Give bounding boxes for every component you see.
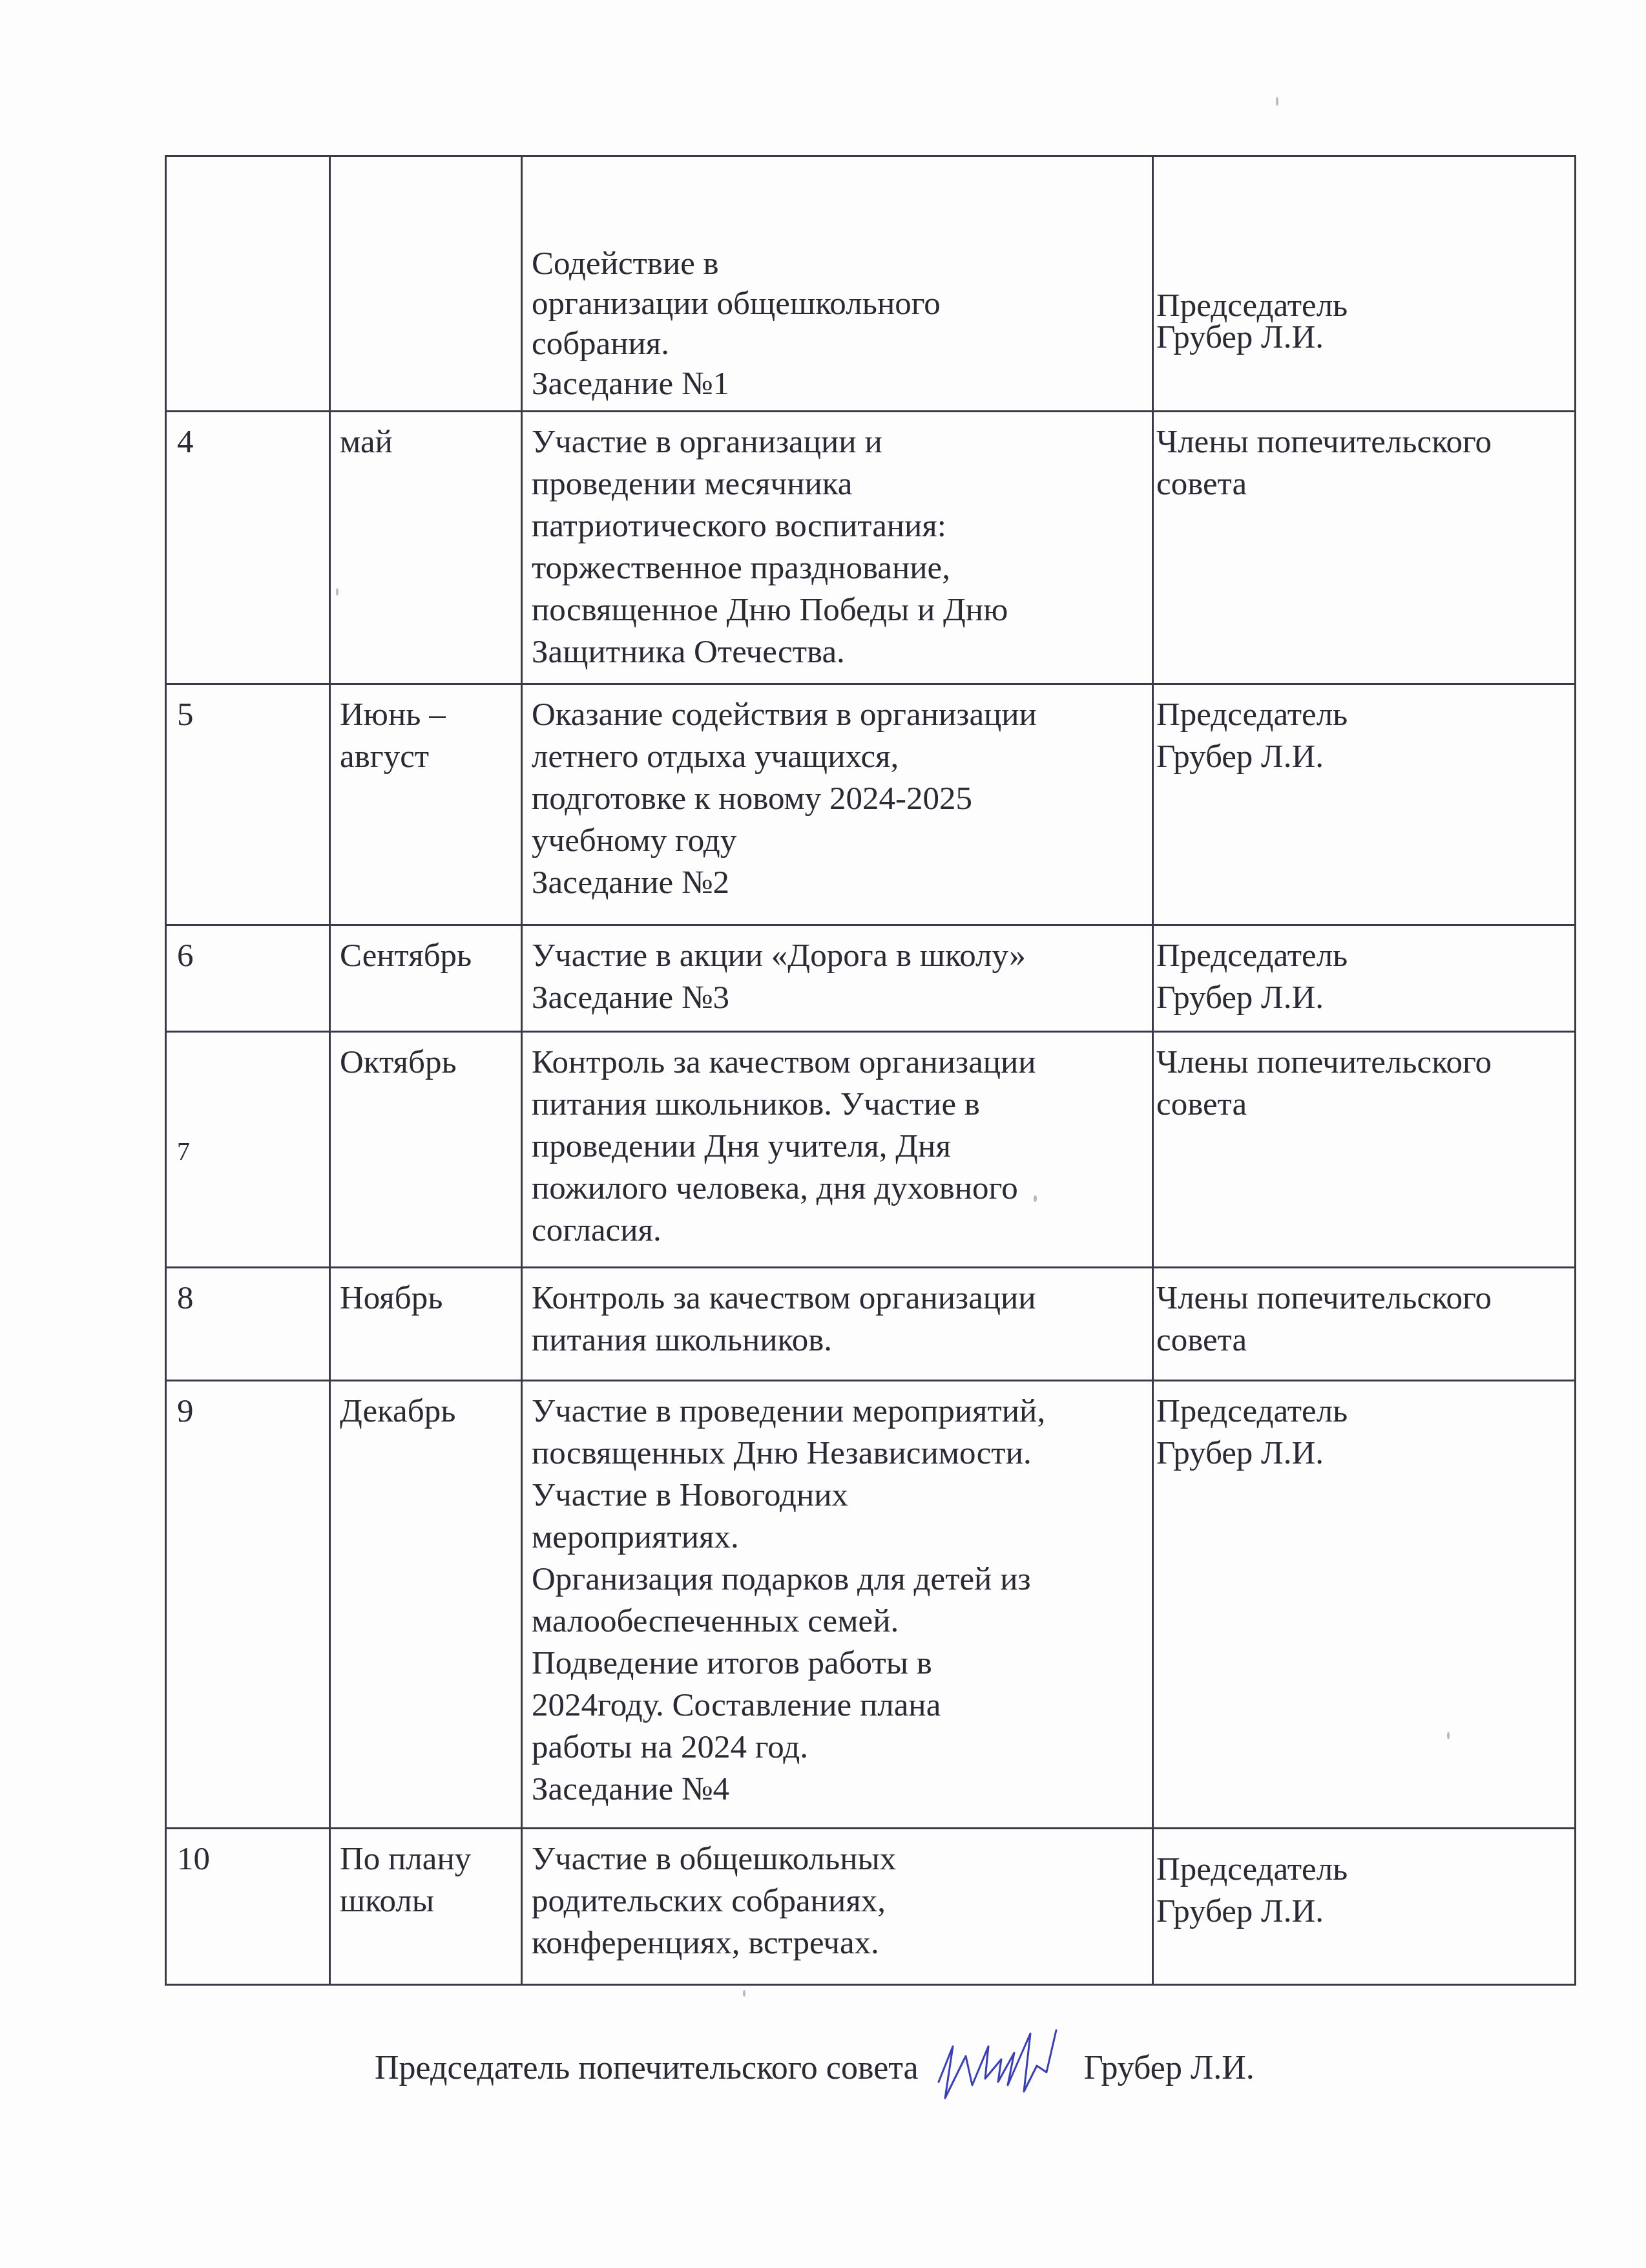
row-number: 7 xyxy=(166,1032,330,1268)
table-row: 10 По плану школы Участие в общешкольных… xyxy=(166,1829,1576,1985)
scan-speck xyxy=(743,1990,745,1997)
row-responsible: Председатель Грубер Л.И. xyxy=(1153,1829,1576,1985)
row-responsible: Члены попечительского совета xyxy=(1153,412,1576,684)
row-responsible: Члены попечительского совета xyxy=(1153,1032,1576,1268)
table-row: 5 Июнь – август Оказание содействия в ор… xyxy=(166,684,1576,925)
row-month: Июнь – август xyxy=(330,684,522,925)
scan-speck xyxy=(1276,97,1278,106)
row-activity: Участие в проведении мероприятий, посвящ… xyxy=(522,1381,1153,1829)
row-responsible: Председатель Грубер Л.И. xyxy=(1153,156,1576,412)
row-responsible: Председатель Грубер Л.И. xyxy=(1153,925,1576,1032)
handwritten-signature-icon xyxy=(927,2021,1076,2098)
row-activity: Содействие в организации общешкольного с… xyxy=(522,156,1153,412)
table-row: 6 Сентябрь Участие в акции «Дорога в шко… xyxy=(166,925,1576,1032)
scan-speck xyxy=(1034,1195,1037,1202)
row-number: 4 xyxy=(166,412,330,684)
row-activity: Участие в общешкольных родительских собр… xyxy=(522,1829,1153,1985)
footer-title: Председатель попечительского совета xyxy=(375,2050,919,2086)
row-number: 6 xyxy=(166,925,330,1032)
table-row: 4 май Участие в организации и проведении… xyxy=(166,412,1576,684)
row-month: Ноябрь xyxy=(330,1268,522,1381)
signature-line: Председатель попечительского совета Груб… xyxy=(375,2032,1255,2110)
row-number: 8 xyxy=(166,1268,330,1381)
row-number: 9 xyxy=(166,1381,330,1829)
row-month xyxy=(330,156,522,412)
row-responsible: Председатель Грубер Л.И. xyxy=(1153,684,1576,925)
row-responsible: Члены попечительского совета xyxy=(1153,1268,1576,1381)
plan-table: Содействие в организации общешкольного с… xyxy=(165,155,1576,1986)
row-month: Декабрь xyxy=(330,1381,522,1829)
row-number: 10 xyxy=(166,1829,330,1985)
row-activity: Участие в акции «Дорога в школу» Заседан… xyxy=(522,925,1153,1032)
row-responsible: Председатель Грубер Л.И. xyxy=(1153,1381,1576,1829)
scan-speck xyxy=(336,588,339,596)
table-row: 7 Октябрь Контроль за качеством организа… xyxy=(166,1032,1576,1268)
scan-speck xyxy=(1447,1732,1450,1739)
row-month: Сентябрь xyxy=(330,925,522,1032)
row-activity: Контроль за качеством организации питани… xyxy=(522,1032,1153,1268)
row-number xyxy=(166,156,330,412)
table-row: Содействие в организации общешкольного с… xyxy=(166,156,1576,412)
row-number: 5 xyxy=(166,684,330,925)
row-activity: Участие в организации и проведении месяч… xyxy=(522,412,1153,684)
table-row: 9 Декабрь Участие в проведении мероприят… xyxy=(166,1381,1576,1829)
row-month: Октябрь xyxy=(330,1032,522,1268)
row-month: май xyxy=(330,412,522,684)
footer-name: Грубер Л.И. xyxy=(1084,2050,1255,2086)
row-month: По плану школы xyxy=(330,1829,522,1985)
row-activity: Оказание содействия в организации летнег… xyxy=(522,684,1153,925)
table-row: 8 Ноябрь Контроль за качеством организац… xyxy=(166,1268,1576,1381)
row-activity: Контроль за качеством организации питани… xyxy=(522,1268,1153,1381)
